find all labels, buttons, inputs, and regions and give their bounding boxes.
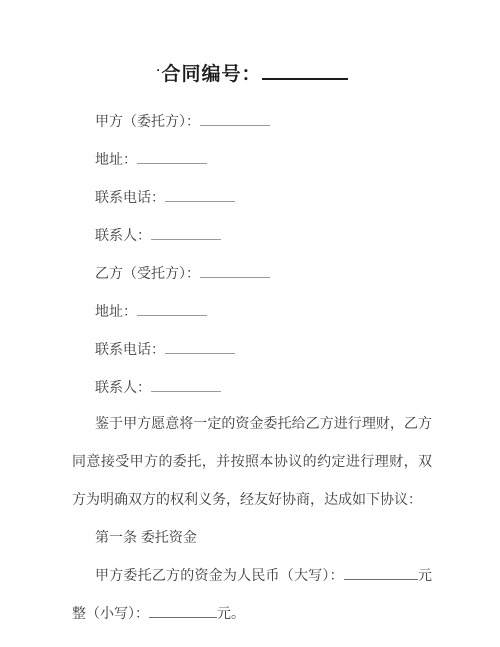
clause-yuan-label: 元。 xyxy=(217,605,245,621)
blank-line xyxy=(137,150,207,164)
field-party-b-contact-label: 联系人： xyxy=(95,379,151,395)
field-party-b: 乙方（受托方）： xyxy=(72,254,432,292)
article-1-clause: 甲方委托乙方的资金为人民币（大写）：元整（小写）：元。 xyxy=(72,556,432,632)
field-party-a-phone-label: 联系电话： xyxy=(95,189,165,205)
field-party-a-contact-label: 联系人： xyxy=(95,227,151,243)
party-fields: 甲方（委托方）： 地址： 联系电话： 联系人： 乙方（受托方）： 地址： 联系电… xyxy=(72,102,432,406)
amount-lowercase-blank-line xyxy=(149,604,217,618)
clause-amount-uppercase-label: 甲方委托乙方的资金为人民币（大写）： xyxy=(95,567,344,583)
contract-document-page: ·合同编号： 甲方（委托方）： 地址： 联系电话： 联系人： 乙方（受托方）： … xyxy=(0,0,500,647)
field-party-a-phone: 联系电话： xyxy=(72,178,432,216)
blank-line xyxy=(200,112,270,126)
field-party-a-address-label: 地址： xyxy=(95,151,137,167)
blank-line xyxy=(200,264,270,278)
contract-number-blank-line xyxy=(262,61,348,80)
field-party-a-contact: 联系人： xyxy=(72,216,432,254)
field-party-a: 甲方（委托方）： xyxy=(72,102,432,140)
field-party-b-phone-label: 联系电话： xyxy=(95,341,165,357)
preamble-paragraph: 鉴于甲方愿意将一定的资金委托给乙方进行理财，乙方同意接受甲方的委托，并按照本协议… xyxy=(72,404,432,518)
contract-number-title: ·合同编号： xyxy=(72,57,432,88)
field-party-a-label: 甲方（委托方）： xyxy=(95,113,200,129)
field-party-b-label: 乙方（受托方）： xyxy=(95,265,200,281)
blank-line xyxy=(137,302,207,316)
field-party-b-address-label: 地址： xyxy=(95,303,137,319)
field-party-a-address: 地址： xyxy=(72,140,432,178)
blank-line xyxy=(151,226,221,240)
blank-line xyxy=(151,378,221,392)
field-party-b-address: 地址： xyxy=(72,292,432,330)
article-1-heading: 第一条 委托资金 xyxy=(72,518,432,556)
field-party-b-phone: 联系电话： xyxy=(72,330,432,368)
amount-uppercase-blank-line xyxy=(344,566,418,580)
contract-number-label: 合同编号： xyxy=(161,64,261,85)
blank-line xyxy=(165,188,235,202)
blank-line xyxy=(165,340,235,354)
field-party-b-contact: 联系人： xyxy=(72,368,432,406)
